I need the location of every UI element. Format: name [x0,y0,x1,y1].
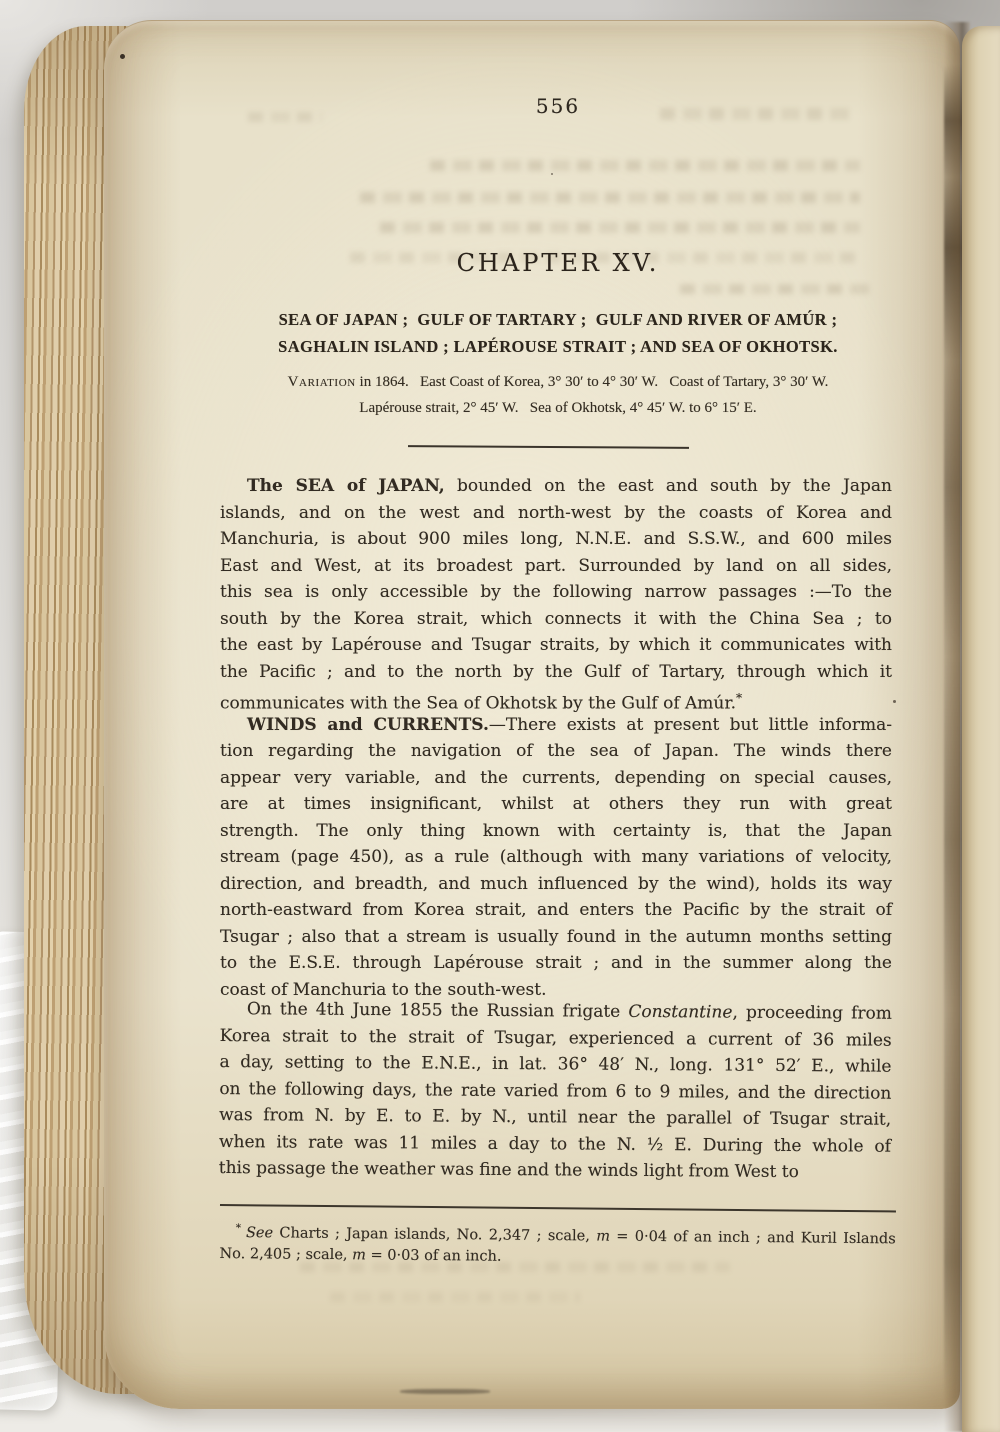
page-text: 556 CHAPTER XV. SEA OF JAPAN ; GULF OF T… [220,0,896,1432]
chapter-heading: CHAPTER XV. [220,248,896,278]
text-line: Lapérouse strait, 2° 45′ W. Sea of Okhot… [220,395,896,421]
footnote-lines: * See Charts ; Japan islands, No. 2,347 … [219,1215,895,1273]
divider-rule [408,445,689,449]
text-line: a day, setting to the E.N.E., in lat. 36… [219,1049,891,1080]
page-number: 556 [220,92,896,120]
book-photo: 556 CHAPTER XV. SEA OF JAPAN ; GULF OF T… [0,0,1000,1432]
text-line: appear very variable, and the currents, … [220,765,892,792]
ink-speck [120,54,125,59]
text-line: this sea is only accessible by the follo… [220,579,892,606]
text-line: stream (page 450), as a rule (although w… [220,844,892,871]
ink-speck [893,700,896,703]
adjacent-page [962,26,1000,1432]
text-line: strength. The only thing known with cert… [220,818,892,845]
section-title: SEA OF JAPAN ; GULF OF TARTARY ; GULF AN… [220,306,896,360]
paragraph: On the 4th June 1855 the Russian frigate… [219,996,892,1186]
variation-note: Variation in 1864. East Coast of Korea, … [220,369,896,421]
text-line: was from N. by E. to E. by N., until nea… [219,1102,891,1133]
text-line: south by the Korea strait, which connect… [220,606,892,633]
text-line: SEA OF JAPAN ; GULF OF TARTARY ; GULF AN… [220,306,896,333]
text-line: north-eastward from Korea strait, and en… [220,897,892,924]
body-text: The SEA of JAPAN, bounded on the east an… [220,473,892,1182]
footnote: * See Charts ; Japan islands, No. 2,347 … [219,1204,896,1273]
text-line: communicates with the Sea of Okhotsk by … [220,685,892,712]
text-line: the Pacific ; and to the north by the Gu… [220,659,892,686]
text-line: On the 4th June 1855 the Russian frigate… [220,996,892,1027]
text-line: this passage the weather was fine and th… [219,1155,891,1186]
text-line: Variation in 1864. East Coast of Korea, … [220,369,896,395]
text-line: SAGHALIN ISLAND ; LAPÉROUSE STRAIT ; AND… [220,333,896,360]
text-line: The SEA of JAPAN, bounded on the east an… [220,473,892,500]
text-line: East and West, at its broadest part. Sur… [220,553,892,580]
text-line: to the E.S.E. through Lapérouse strait ;… [220,950,892,977]
bottom-edge-stain [400,1389,490,1394]
text-line: the east by Lapérouse and Tsugar straits… [220,632,892,659]
text-line: Tsugar ; also that a stream is usually f… [220,924,892,951]
text-line: tion regarding the navigation of the sea… [220,738,892,765]
text-line: are at times insignificant, whilst at ot… [220,791,892,818]
text-line: Manchuria, is about 900 miles long, N.N.… [220,526,892,553]
footnote-rule [220,1204,896,1212]
text-line: direction, and breadth, and much influen… [220,871,892,898]
paragraph: The SEA of JAPAN, bounded on the east an… [220,473,892,712]
ink-speck [551,173,553,175]
paragraph: WINDS and CURRENTS.—There exists at pres… [220,712,892,1004]
text-line: islands, and on the west and north-west … [220,500,892,527]
text-line: WINDS and CURRENTS.—There exists at pres… [220,712,892,739]
